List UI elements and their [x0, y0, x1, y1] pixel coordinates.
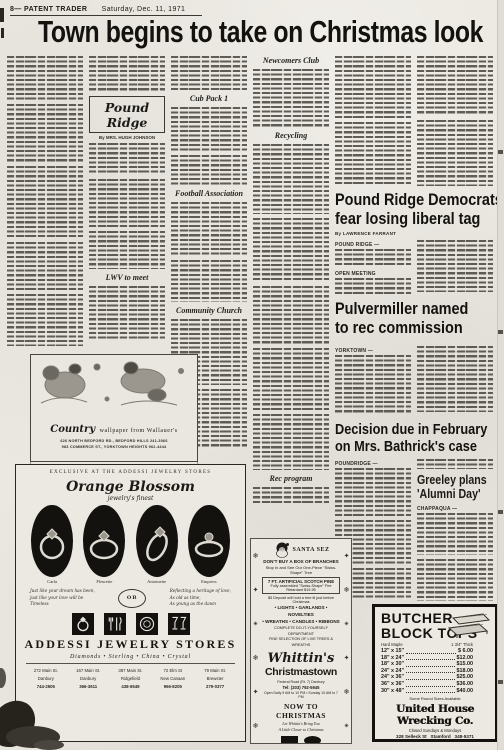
whittins-script-logo: Whittin's: [262, 651, 340, 666]
ring-photo: [31, 505, 73, 577]
exclusive-line: EXCLUSIVE AT THE ADDESSI JEWELRY STORES: [20, 470, 241, 475]
divider: [26, 663, 235, 664]
dotted-leader: [406, 679, 454, 680]
size: 36" x 36": [381, 681, 404, 688]
payment-badges: [262, 736, 340, 744]
news-column-1: [7, 56, 83, 350]
price: $18.00: [457, 668, 474, 675]
body-text-block: [335, 249, 411, 267]
verse-line: just like your love will be: [30, 595, 95, 602]
payment-badge: [304, 736, 321, 744]
store-location: 79 Main St. Brewster 279-0377: [195, 667, 235, 691]
phone: 279-0377: [195, 683, 235, 691]
street: 387 Main St.: [111, 667, 151, 675]
ring-photos-row: Carla Fleurette Antoinette Empress: [20, 505, 241, 584]
paper-name: 8— PATENT TRADER: [10, 6, 87, 13]
scan-mark: [498, 680, 503, 684]
headline-democrats: Pound Ridge Democrats fear losing libera…: [335, 190, 499, 228]
santa-sez-text: SANTA SEZ: [293, 547, 330, 553]
street: 79 Main St.: [195, 667, 235, 675]
headline-line: Decision due in February: [335, 421, 474, 438]
newspaper-page: 8— PATENT TRADER Saturday, Dec. 11, 1971…: [0, 0, 504, 750]
verse-line: As young as the dawn: [170, 601, 231, 608]
body-text-block: [253, 414, 329, 470]
scan-mark: [498, 150, 503, 154]
price-row: 24" x 24"$18.00: [381, 668, 473, 675]
verses-row: Just like your dream has been, just like…: [20, 584, 241, 610]
store-location: 72 Elm St New Canaan 966-8205: [153, 667, 193, 691]
body-text-block: [7, 242, 83, 290]
verse-line: As old as time,: [170, 595, 231, 602]
headline-line: Greeley plans: [417, 473, 483, 487]
tree-offer-box: 7 FT. ARTIFICIAL SCOTCH PINE Fully assem…: [262, 577, 340, 594]
news-column-6: [417, 56, 493, 188]
subhead-recycling: Recycling: [253, 131, 329, 140]
addessi-jewelry-ad: EXCLUSIVE AT THE ADDESSI JEWELRY STORES …: [15, 464, 246, 742]
body-text-block: [253, 69, 329, 127]
store-location: 167 Main St. Danbury 366-3611: [68, 667, 108, 691]
price: $ 6.00: [458, 648, 473, 655]
ring-icon: [72, 613, 94, 635]
subhead-rec-program: Rec program: [253, 474, 329, 483]
greeley-body: CHAPPAQUA —: [417, 504, 493, 602]
body-text-block: [335, 122, 411, 186]
closer-line-2: A Little Closer to Christmas: [262, 727, 340, 733]
ring-item: Fleurette: [83, 505, 125, 584]
left-verse: Just like your dream has been, just like…: [30, 588, 95, 608]
scan-mark: [498, 510, 503, 514]
santa-row: SANTA SEZ: [262, 542, 340, 558]
bathrick-body-right: [417, 459, 493, 471]
items-line-1: • LIGHTS • GARLANDS • NOVELTIES: [262, 605, 340, 619]
price-row: 18" x 24"$12.00: [381, 655, 473, 662]
pound-ridge-section-box: Pound Ridge: [89, 96, 165, 133]
subhead-lwv: LWV to meet: [89, 273, 165, 282]
store-location: 272 Main St. Danbury 744-2505: [26, 667, 66, 691]
headline-line: Pound Ridge Democrats: [335, 190, 474, 209]
scan-edge-strip: [497, 0, 504, 750]
section-title: Pound Ridge: [91, 100, 163, 130]
country-scene-illustration: [31, 355, 197, 417]
whittins-address: Federal Road (Rt. 7) Danbury: [262, 680, 340, 684]
dotted-leader: [406, 653, 456, 654]
size: 30" x 48": [381, 688, 404, 695]
body-text-block: [89, 56, 165, 92]
body-text-block: [335, 56, 411, 118]
dateline: POUND RIDGE —: [335, 242, 411, 248]
holly-border-decoration: ❄✦✴❄✦❄: [251, 539, 260, 743]
live-trees-line: FINE SELECTION OF LIVE TREES & WREATHS: [262, 637, 340, 648]
store-location: 387 Main St. Ridgefield 438-6549: [111, 667, 151, 691]
body-text-block: [89, 231, 165, 269]
body-text-block: [417, 513, 493, 555]
headline-line: on Mrs. Bathrick's case: [335, 438, 474, 455]
deposit-line: $5 Deposit will hold a tree til just bef…: [262, 596, 340, 604]
holly-border-decoration: ✦❄✴✦❄✴: [342, 539, 351, 743]
size: 24" x 24": [381, 668, 404, 675]
body-text-block: [417, 56, 493, 116]
addessi-tagline: Diamonds • Sterling • China • Crystal: [20, 654, 241, 660]
payment-badge: [281, 736, 298, 744]
size: 12" x 15": [381, 648, 404, 655]
crystal-glasses-icon: [168, 613, 190, 635]
body-text-block: [417, 559, 493, 601]
town: Danbury: [68, 675, 108, 683]
town: Brewster: [195, 675, 235, 683]
ring-name: Empress: [188, 579, 230, 584]
price: $40.00: [457, 688, 474, 695]
whittins-ad-content: SANTA SEZ DON'T BUY A BOX OF BRANCHES St…: [251, 539, 351, 744]
body-text-block: [7, 104, 83, 162]
stop-in-line: Stop In and See Our One-Piece "Swiss-Sha…: [262, 565, 340, 575]
store-locations-row: 272 Main St. Danbury 744-2505 167 Main S…: [20, 667, 241, 691]
offer-detail: Fully assembled "Swiss-Shape" Fire Retar…: [264, 584, 338, 592]
price: $15.00: [457, 661, 474, 668]
scan-mark: [0, 8, 4, 22]
body-text-block: [171, 107, 247, 151]
scan-blotch: [0, 668, 6, 688]
phone: 366-3611: [68, 683, 108, 691]
subhead-community-church: Community Church: [171, 306, 247, 315]
headline-greeley: Greeley plans 'Alumni Day': [417, 473, 495, 501]
democrats-body-left: POUND RIDGE — OPEN MEETING: [335, 240, 411, 296]
ring-photo: [188, 505, 230, 577]
body-text-block: [171, 202, 247, 256]
body-text-block: [417, 240, 493, 292]
body-text-block: [171, 155, 247, 185]
wallauer-tagline: Country wallpaper from Wallauer's: [31, 419, 197, 437]
thickness-label: 1 3/4" Thick: [451, 642, 473, 647]
democrats-body-right: [417, 240, 493, 296]
pulvermiller-body-left: YORKTOWN —: [335, 346, 411, 416]
whittins-hours: Open Daily 9 AM to 10 PM • Sunday 10 AM …: [262, 691, 340, 699]
wallauer-ad: Country wallpaper from Wallauer's 626 NO…: [30, 354, 198, 465]
christmastown-logo: Christmastown: [262, 666, 340, 678]
pulvermiller-body-right: [417, 346, 493, 416]
headline-pulvermiller: Pulvermiller named to rec commission: [335, 299, 499, 337]
dotted-leader: [406, 686, 454, 687]
price-row: 36" x 36"$36.00: [381, 681, 473, 688]
town: Ridgefield: [111, 675, 151, 683]
body-text-block: [417, 459, 493, 469]
street: 272 Main St.: [26, 667, 66, 675]
phone: 744-2505: [26, 683, 66, 691]
headline-line: Pulvermiller named: [335, 299, 474, 318]
body-text-block: [253, 286, 329, 344]
dateline: CHAPPAQUA —: [417, 506, 493, 512]
santa-illustration: [273, 542, 291, 558]
ring-name: Carla: [31, 579, 73, 584]
butcher-block-illustration: [447, 613, 491, 639]
phone: 438-6549: [111, 683, 151, 691]
price: $25.00: [457, 674, 474, 681]
body-text-block: [7, 166, 83, 238]
body-text-block: [171, 260, 247, 302]
headline-line: 'Alumni Day': [417, 487, 483, 501]
byline-democrats: By LAWRENCE FARRANT: [335, 231, 396, 236]
body-text-block: [7, 294, 83, 346]
material-label: Hard Maple: [381, 642, 403, 647]
price-row: 12" x 15"$ 6.00: [381, 648, 473, 655]
whittins-phone: Tel: (203) 792-5945: [262, 685, 340, 690]
ring-item: Carla: [31, 505, 73, 584]
round-sizes-note: Some Round Sizes Available: [381, 696, 489, 701]
price-row: 18" x 30"$15.00: [381, 661, 473, 668]
dotted-leader: [406, 692, 454, 693]
issue-date: Saturday, Dec. 11, 1971: [102, 6, 186, 13]
body-text-block: [335, 278, 411, 294]
section-byline: By MRS. HUGH JOHNSON: [89, 135, 165, 140]
subhead-newcomers: Newcomers Club: [253, 56, 329, 65]
body-text-block: [89, 143, 165, 175]
main-headline: Town begins to take on Christmas look: [38, 14, 483, 50]
body-text-block: [171, 56, 247, 90]
butcher-block-ad: BUTCHER BLOCK TOPS Hard Maple 1 3/4" Thi…: [372, 604, 498, 742]
scan-mark: [1, 28, 4, 38]
orange-blossom-seal: OB: [118, 589, 146, 608]
subhead-cub-pack: Cub Pack 1: [171, 94, 247, 103]
news-column-5: [335, 56, 411, 188]
now-to-christmas: NOW TO CHRISTMAS: [262, 702, 340, 720]
body-text-block: [253, 348, 329, 410]
product-icons-row: [20, 613, 241, 635]
dateline: POUNDRIDGE —: [335, 461, 411, 467]
china-plate-icon: [136, 613, 158, 635]
wallpaper-text: wallpaper from Wallauer's: [100, 428, 178, 434]
verse-line: Reflecting a heritage of love,: [170, 588, 231, 595]
whittins-christmastown-ad: ❄✦✴❄✦❄ ✦❄✴✦❄✴ SANTA SEZ DON'T BUY A BOX …: [250, 538, 352, 744]
ring-photo: [136, 505, 178, 577]
verse-line: Timeless: [30, 601, 95, 608]
country-script: Country: [50, 424, 95, 435]
size: 18" x 24": [381, 655, 404, 662]
body-text-block: [417, 120, 493, 186]
price: $36.00: [457, 681, 474, 688]
news-column-4: Newcomers Club Recycling Rec program: [253, 56, 329, 536]
price: $12.00: [457, 655, 474, 662]
dotted-leader: [406, 666, 454, 667]
united-house-wrecking-name: United House Wrecking Co.: [381, 703, 489, 727]
wallauer-address-1: 626 NORTH BEDFORD RD., BEDFORD HILLS 241…: [31, 439, 197, 443]
items-line-2: • WREATHS • CANDLES • RIBBONS: [262, 619, 340, 626]
town: New Canaan: [153, 675, 193, 683]
flatware-icon: [104, 613, 126, 635]
street: 167 Main St.: [68, 667, 108, 675]
body-text-block: [89, 179, 165, 227]
closer-line-1: Let Whittin's Bring You: [262, 721, 340, 727]
addessi-store-name: ADDESSI JEWELRY STORES: [20, 637, 241, 652]
ring-name: Antoinette: [136, 579, 178, 584]
scan-blotch: [34, 740, 64, 750]
dont-buy-line: DON'T BUY A BOX OF BRANCHES: [262, 559, 340, 564]
ring-item: Empress: [188, 505, 230, 584]
size: 24" x 36": [381, 674, 404, 681]
brand-subline: jewelry's finest: [20, 495, 241, 502]
dateline: YORKTOWN —: [335, 348, 411, 354]
price-table-header: Hard Maple 1 3/4" Thick: [381, 642, 473, 647]
news-column-2: Pound Ridge By MRS. HUGH JOHNSON LWV to …: [89, 56, 165, 354]
body-text-block: [253, 218, 329, 282]
ring-photo: [83, 505, 125, 577]
subhead-football: Football Association: [171, 189, 247, 198]
headline-bathrick: Decision due in February on Mrs. Bathric…: [335, 421, 499, 455]
ring-name: Fleurette: [83, 579, 125, 584]
scan-mark: [498, 330, 503, 334]
size: 18" x 30": [381, 661, 404, 668]
body-text-block: [253, 144, 329, 214]
dotted-leader: [406, 672, 454, 673]
ring-item: Antoinette: [136, 505, 178, 584]
dotted-leader: [406, 659, 454, 660]
body-text-block: [335, 355, 411, 413]
body-text-block: [335, 468, 411, 516]
body-text-block: [89, 286, 165, 340]
price-row: 24" x 36"$25.00: [381, 674, 473, 681]
department-line: COMPLETE DO-IT-YOURSELF DEPARTMENT: [262, 626, 340, 637]
phone: 966-8205: [153, 683, 193, 691]
body-text-block: [417, 346, 493, 412]
verse-line: Just like your dream has been,: [30, 588, 95, 595]
closed-days: Closed Sundays & Mondays: [381, 728, 489, 733]
body-text-block: [253, 487, 329, 503]
price-row: 30" x 48"$40.00: [381, 688, 473, 695]
street: 72 Elm St: [153, 667, 193, 675]
headline-line: to rec commission: [335, 318, 474, 337]
body-text-block: [7, 56, 83, 100]
right-verse: Reflecting a heritage of love, As old as…: [170, 588, 231, 608]
town: Danbury: [26, 675, 66, 683]
wrecking-address: 328 Selleck St Stamford 348-5371: [381, 734, 489, 739]
orange-blossom-script: Orange Blossom: [20, 479, 241, 495]
headline-line: fear losing liberal tag: [335, 209, 474, 228]
bold-lead: OPEN MEETING: [335, 271, 411, 277]
wallauer-address-2: 983 COMMERCE ST., YORKTOWN HEIGHTS 962-4…: [31, 445, 197, 449]
